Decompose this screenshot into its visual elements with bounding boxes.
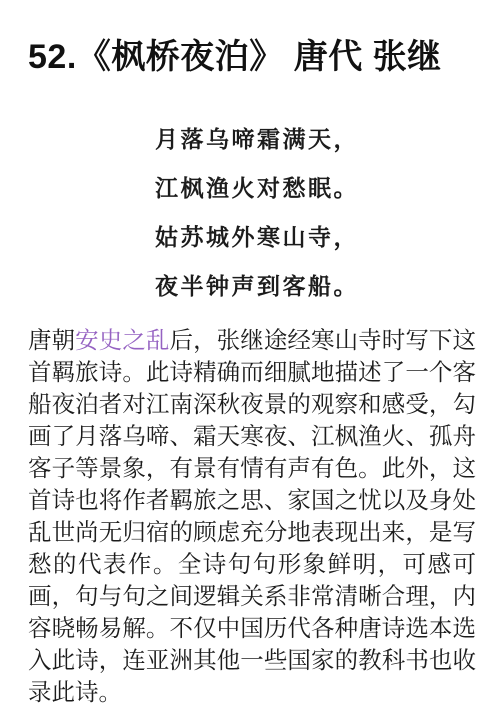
anshi-rebellion-link[interactable]: 安史之乱 [75,327,169,353]
commentary-body: 后，张继途经寒山寺时写下这首羁旅诗。此诗精确而细腻地描述了一个客船夜泊者对江南深… [28,327,476,705]
poem-line-4: 夜半钟声到客船。 [155,275,500,298]
poem-line-3: 姑苏城外寒山寺， [155,226,500,249]
commentary-lead: 唐朝 [28,327,75,353]
poem-line-2: 江枫渔火对愁眠。 [155,177,500,200]
document-page: 52.《枫桥夜泊》 唐代 张继 月落乌啼霜满天， 江枫渔火对愁眠。 姑苏城外寒山… [0,0,500,726]
lesson-title: 52.《枫桥夜泊》 唐代 张继 [0,0,500,78]
poem: 月落乌啼霜满天， 江枫渔火对愁眠。 姑苏城外寒山寺， 夜半钟声到客船。 [0,128,500,298]
poem-line-1: 月落乌啼霜满天， [155,128,500,151]
commentary-paragraph: 唐朝安史之乱后，张继途经寒山寺时写下这首羁旅诗。此诗精确而细腻地描述了一个客船夜… [28,324,476,708]
